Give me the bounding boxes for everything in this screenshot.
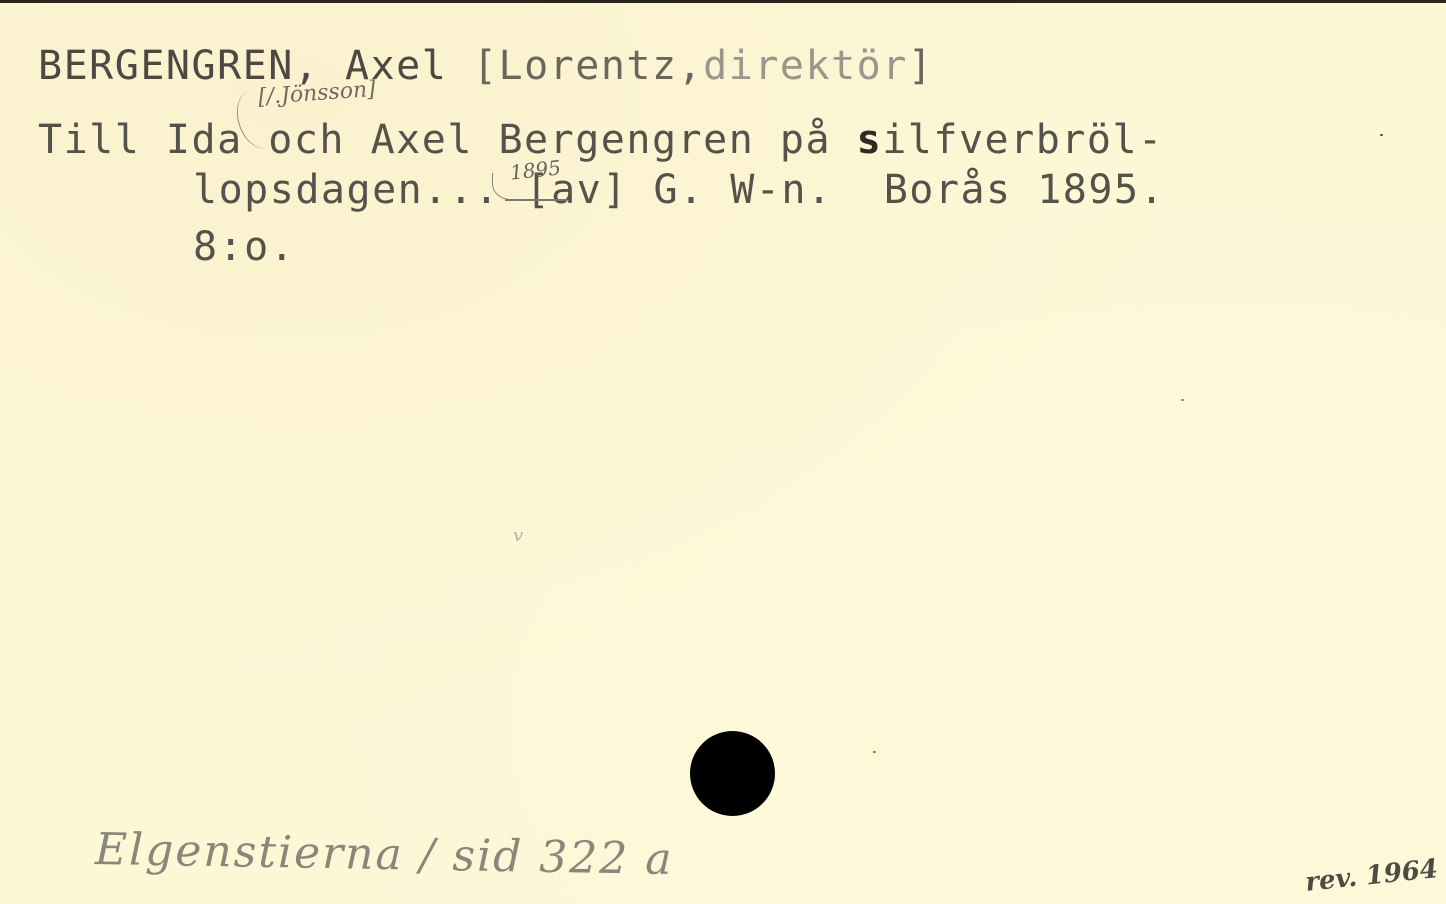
paper-speck <box>873 751 876 753</box>
bracket-close: ] <box>908 43 934 89</box>
card-heading: BERGENGREN, Axel [Lorentz,direktör] <box>38 43 933 89</box>
paper-speck <box>1181 399 1184 401</box>
paper-speck <box>1380 134 1383 136</box>
author-middle-name: Lorentz, <box>499 43 704 89</box>
title-line-2: lopsdagen... [av] G. W-n. Borås 1895. <box>193 167 1165 213</box>
format-line: 8:o. <box>193 224 295 270</box>
title-line-1: Till Ida och Axel Bergengren på silfverb… <box>38 117 1164 163</box>
handwritten-reference: Elgenstierna / sid 322 a <box>95 824 674 885</box>
punch-hole <box>690 731 775 816</box>
title-line-1-prefix: Till Ida och Axel Bergengren på <box>38 117 857 163</box>
title-line-1-suffix: ilfverbröl- <box>882 117 1163 163</box>
pencil-tick-mark: v <box>513 525 523 546</box>
catalog-card: BERGENGREN, Axel [Lorentz,direktör] [/.J… <box>0 3 1446 904</box>
bracket-open: [ <box>473 43 499 89</box>
author-occupation: direktör <box>703 43 908 89</box>
title-line-1-bold-char: s <box>857 117 883 163</box>
author-surname: BERGENGREN, <box>38 43 319 89</box>
handwritten-revision-date: rev. 1964 <box>1304 854 1440 898</box>
strikethrough-ellipsis <box>505 199 567 201</box>
